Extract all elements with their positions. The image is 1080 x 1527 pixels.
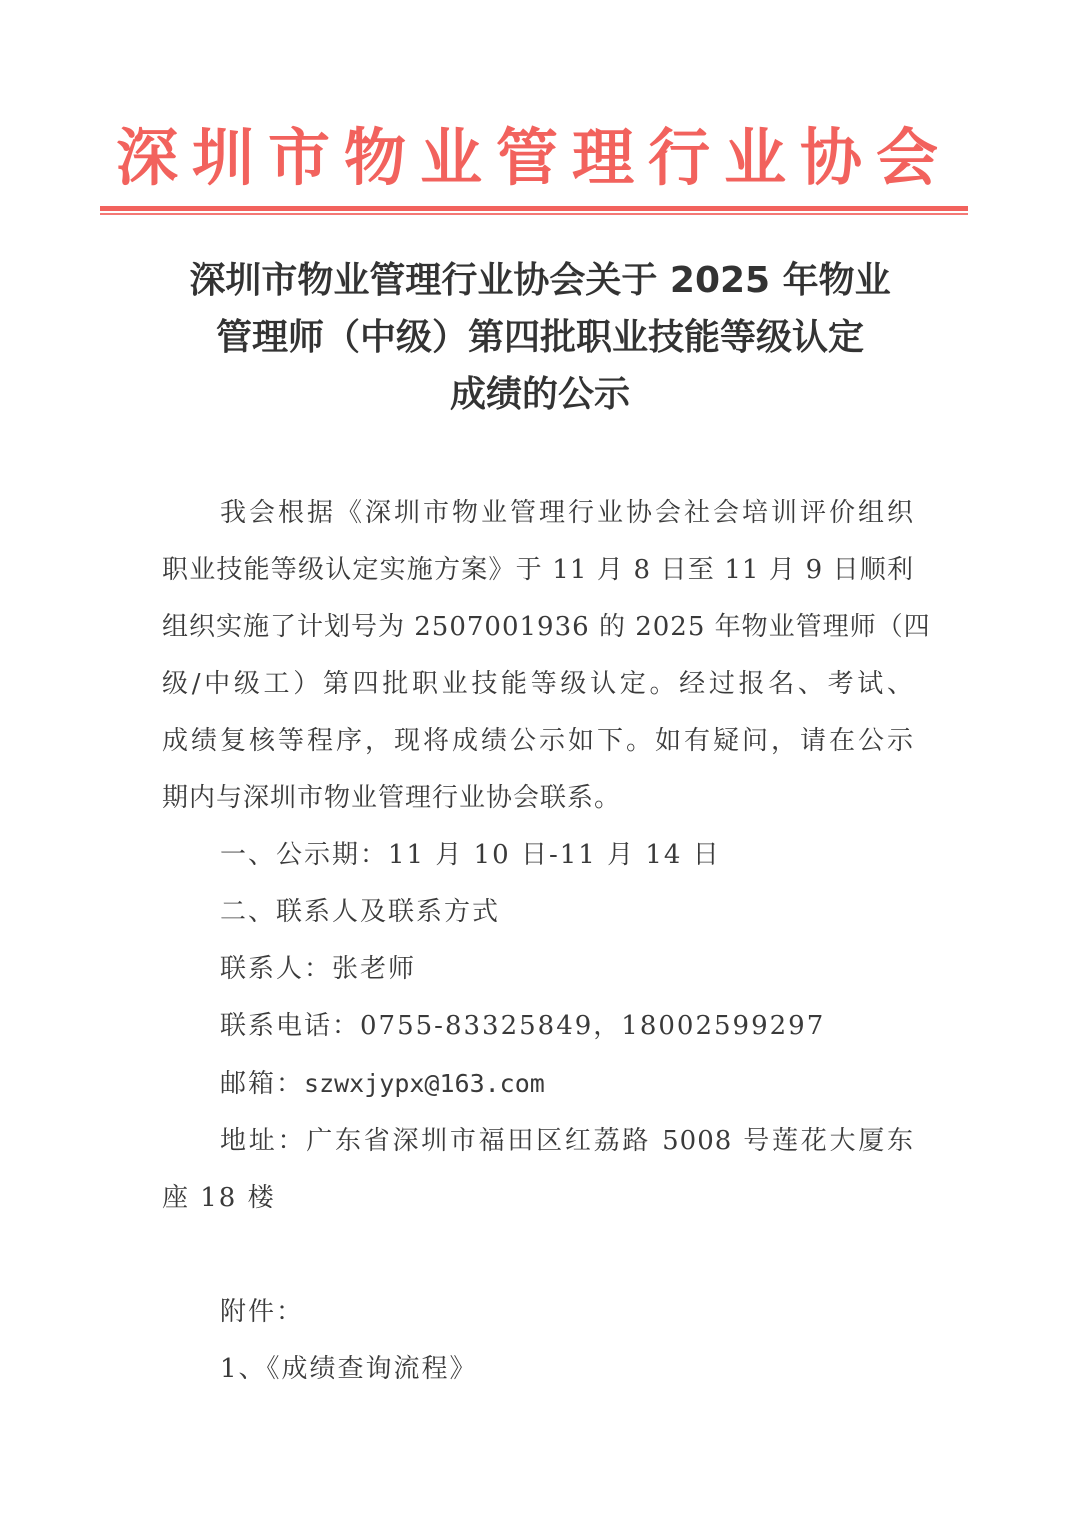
paragraph-line: 我会根据《深圳市物业管理行业协会社会培训评价组织 — [162, 485, 914, 542]
paragraph-line: 职业技能等级认定实施方案》于 11 月 8 日至 11 月 9 日顺利 — [162, 542, 914, 599]
attachment-item: 1、《成绩查询流程》 — [162, 1341, 914, 1398]
main-paragraph: 我会根据《深圳市物业管理行业协会社会培训评价组织 职业技能等级认定实施方案》于 … — [162, 485, 914, 827]
attachment-heading: 附件： — [162, 1284, 914, 1341]
publicity-period: 一、公示期：11 月 10 日-11 月 14 日 — [162, 827, 914, 884]
contact-phone: 联系电话：0755-83325849，18002599297 — [162, 998, 914, 1055]
spacer — [162, 1227, 914, 1284]
contact-heading: 二、联系人及联系方式 — [162, 884, 914, 941]
email-value: szwxjypx@163.com — [304, 1069, 545, 1098]
email-label: 邮箱： — [220, 1069, 304, 1099]
title-line-2: 管理师（中级）第四批职业技能等级认定 — [150, 309, 930, 366]
address-line-1: 地址：广东省深圳市福田区红荔路 5008 号莲花大厦东 — [162, 1113, 914, 1170]
document-title: 深圳市物业管理行业协会关于 2025 年物业 管理师（中级）第四批职业技能等级认… — [150, 252, 930, 423]
contact-person: 联系人：张老师 — [162, 941, 914, 998]
phone-value: 0755-83325849，18002599297 — [360, 1011, 825, 1041]
title-line-3: 成绩的公示 — [150, 366, 930, 423]
letterhead-org-name: 深圳市物业管理行业协会 — [100, 118, 968, 198]
paragraph-line: 成绩复核等程序，现将成绩公示如下。如有疑问，请在公示 — [162, 713, 914, 770]
paragraph-line: 期内与深圳市物业管理行业协会联系。 — [162, 770, 914, 827]
contact-email: 邮箱：szwxjypx@163.com — [162, 1055, 914, 1113]
letterhead-divider-thick — [100, 206, 968, 211]
paragraph-line: 组织实施了计划号为 2507001936 的 2025 年物业管理师（四 — [162, 599, 914, 656]
title-line-1: 深圳市物业管理行业协会关于 2025 年物业 — [150, 252, 930, 309]
letterhead-divider-thin — [100, 213, 968, 215]
address-line-2: 座 18 楼 — [162, 1170, 914, 1227]
document-body: 我会根据《深圳市物业管理行业协会社会培训评价组织 职业技能等级认定实施方案》于 … — [162, 485, 914, 1398]
phone-label: 联系电话： — [220, 1011, 360, 1041]
paragraph-line: 级/中级工）第四批职业技能等级认定。经过报名、考试、 — [162, 656, 914, 713]
